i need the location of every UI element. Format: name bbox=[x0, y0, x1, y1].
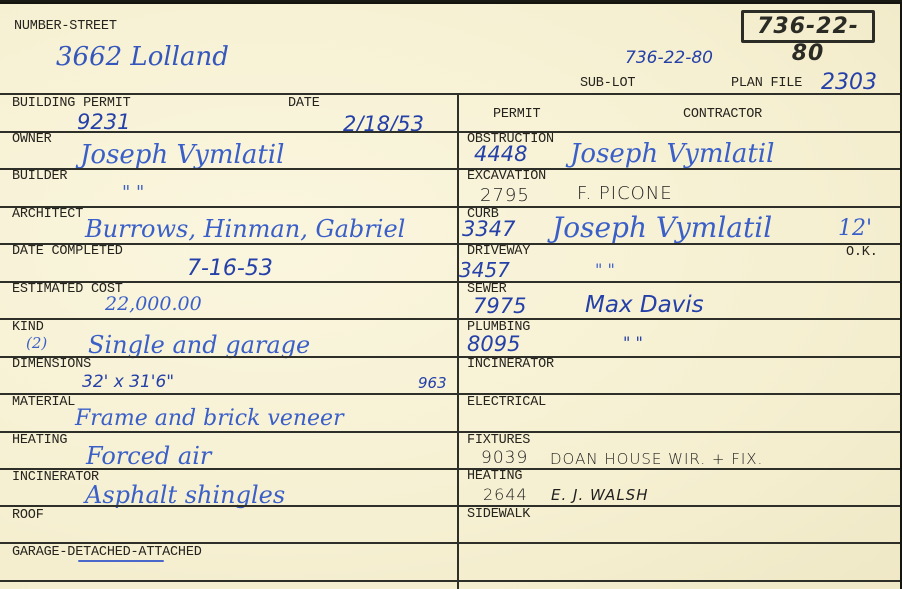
number-street-label: NUMBER-STREET bbox=[14, 20, 117, 34]
sub-lot-value: 736-22-80 bbox=[625, 50, 713, 67]
plumbing-permit: 8095 bbox=[467, 334, 520, 355]
fixtures-label: FIXTURES bbox=[467, 434, 530, 448]
kind-prefix: (2) bbox=[26, 336, 47, 351]
fixtures-contractor: DOAN HOUSE WIR. + FIX. bbox=[550, 452, 763, 467]
roof-label: ROOF bbox=[12, 509, 44, 523]
driveway-permit: 3457 bbox=[459, 260, 510, 280]
curb-permit: 3347 bbox=[462, 219, 515, 240]
builder-value: " " bbox=[122, 184, 144, 202]
kind-value: Single and garage bbox=[88, 333, 310, 357]
builder-label: BUILDER bbox=[12, 170, 67, 184]
lot-number-stamp: 736-22-80 bbox=[741, 10, 875, 43]
dimensions-note: 963 bbox=[418, 376, 447, 391]
kind-label: KIND bbox=[12, 321, 44, 335]
material-label: MATERIAL bbox=[12, 396, 75, 410]
heating-permit: 2644 bbox=[483, 487, 528, 503]
building-permit-card: 736-22-80 NUMBER-STREET 3662 Lolland 736… bbox=[0, 2, 902, 589]
heating-value: Forced air bbox=[86, 444, 211, 468]
heating-permit-label: HEATING bbox=[467, 470, 522, 484]
sub-lot-label: SUB-LOT bbox=[580, 77, 635, 91]
sewer-permit: 7975 bbox=[473, 296, 526, 317]
sidewalk-label: SIDEWALK bbox=[467, 508, 530, 522]
driveway-contractor: " " bbox=[595, 262, 615, 278]
building-permit-value: 9231 bbox=[77, 112, 130, 133]
curb-note: 12' bbox=[838, 218, 872, 240]
garage-label: GARAGE-DETACHED-ATTACHED bbox=[12, 546, 202, 560]
material-value: Frame and brick veneer bbox=[75, 408, 344, 430]
plan-file-label: PLAN FILE bbox=[731, 77, 802, 91]
date-completed-value: 7-16-53 bbox=[187, 258, 273, 280]
architect-label: ARCHITECT bbox=[12, 208, 83, 222]
dimensions-label: DIMENSIONS bbox=[12, 358, 91, 372]
architect-value: Burrows, Hinman, Gabriel bbox=[85, 217, 405, 241]
incinerator-value: Asphalt shingles bbox=[85, 483, 285, 507]
excavation-contractor: F. PICONE bbox=[577, 185, 673, 203]
driveway-note: O.K. bbox=[846, 246, 878, 260]
permit-column-header: PERMIT bbox=[493, 108, 540, 122]
excavation-label: EXCAVATION bbox=[467, 170, 546, 184]
estimated-cost-value: 22,000.00 bbox=[105, 295, 202, 314]
driveway-label: DRIVEWAY bbox=[467, 245, 530, 259]
curb-contractor: Joseph Vymlatil bbox=[552, 214, 772, 242]
plan-file-value: 2303 bbox=[821, 72, 877, 94]
electrical-label: ELECTRICAL bbox=[467, 396, 546, 410]
date-completed-label: DATE COMPLETED bbox=[12, 245, 123, 259]
owner-value: Joseph Vymlatil bbox=[80, 142, 284, 168]
plumbing-contractor: " " bbox=[623, 335, 643, 351]
incinerator-permit-label: INCINERATOR bbox=[467, 358, 554, 372]
date-label: DATE bbox=[288, 97, 320, 111]
dimensions-value: 32' x 31'6" bbox=[82, 374, 174, 391]
excavation-permit: 2795 bbox=[480, 187, 530, 205]
building-permit-label: BUILDING PERMIT bbox=[12, 97, 131, 111]
heating-label: HEATING bbox=[12, 434, 67, 448]
sewer-contractor: Max Davis bbox=[585, 294, 704, 317]
owner-label: OWNER bbox=[12, 133, 52, 147]
obstruction-contractor: Joseph Vymlatil bbox=[570, 141, 774, 167]
contractor-column-header: CONTRACTOR bbox=[683, 108, 762, 122]
number-street-value: 3662 Lolland bbox=[56, 44, 229, 70]
heating-contractor: E. J. WALSH bbox=[551, 488, 648, 503]
fixtures-permit: 9039 bbox=[481, 450, 528, 467]
obstruction-permit: 4448 bbox=[474, 144, 527, 165]
detached-underline-mark bbox=[78, 560, 164, 562]
